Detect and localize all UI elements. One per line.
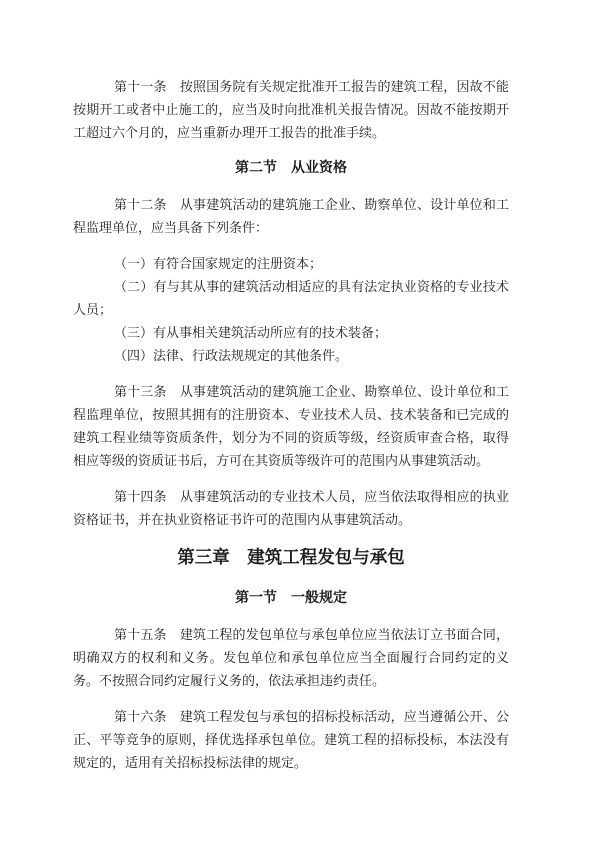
article-13-paragraph: 第十三条 从事建筑活动的建筑施工企业、勘察单位、设计单位和工程监理单位，按照其拥… xyxy=(73,380,509,472)
condition-item-3: （三）有从事相关建筑活动所应有的技术装备； xyxy=(73,321,509,344)
condition-item-4: （四）法律、行政法规规定的其他条件。 xyxy=(73,344,509,367)
article-11-paragraph: 第十一条 按照国务院有关规定批准开工报告的建筑工程，因故不能按期开工或者中止施工… xyxy=(73,75,509,144)
article-16-paragraph: 第十六条 建筑工程发包与承包的招标投标活动，应当遵循公开、公正、平等竞争的原则，… xyxy=(73,705,509,774)
chapter-heading-contracting: 第三章 建筑工程发包与承包 xyxy=(73,544,509,570)
section-heading-general-provisions: 第一节 一般规定 xyxy=(73,587,509,610)
section-heading-employment-qualifications: 第二节 从业资格 xyxy=(73,157,509,180)
document-page: 第十一条 按照国务院有关规定批准开工报告的建筑工程，因故不能按期开工或者中止施工… xyxy=(0,0,600,848)
article-15-paragraph: 第十五条 建筑工程的发包单位与承包单位应当依法订立书面合同，明确双方的权利和义务… xyxy=(73,623,509,692)
article-12-paragraph: 第十二条 从事建筑活动的建筑施工企业、勘察单位、设计单位和工程监理单位，应当具备… xyxy=(73,193,509,239)
condition-item-2: （二）有与其从事的建筑活动相适应的具有法定执业资格的专业技术人员； xyxy=(73,275,509,321)
condition-item-1: （一）有符合国家规定的注册资本； xyxy=(73,252,509,275)
article-12-conditions-list: （一）有符合国家规定的注册资本； （二）有与其从事的建筑活动相适应的具有法定执业… xyxy=(73,252,509,367)
document-content: 第十一条 按照国务院有关规定批准开工报告的建筑工程，因故不能按期开工或者中止施工… xyxy=(73,75,509,787)
article-14-paragraph: 第十四条 从事建筑活动的专业技术人员，应当依法取得相应的执业资格证书，并在执业资… xyxy=(73,485,509,531)
